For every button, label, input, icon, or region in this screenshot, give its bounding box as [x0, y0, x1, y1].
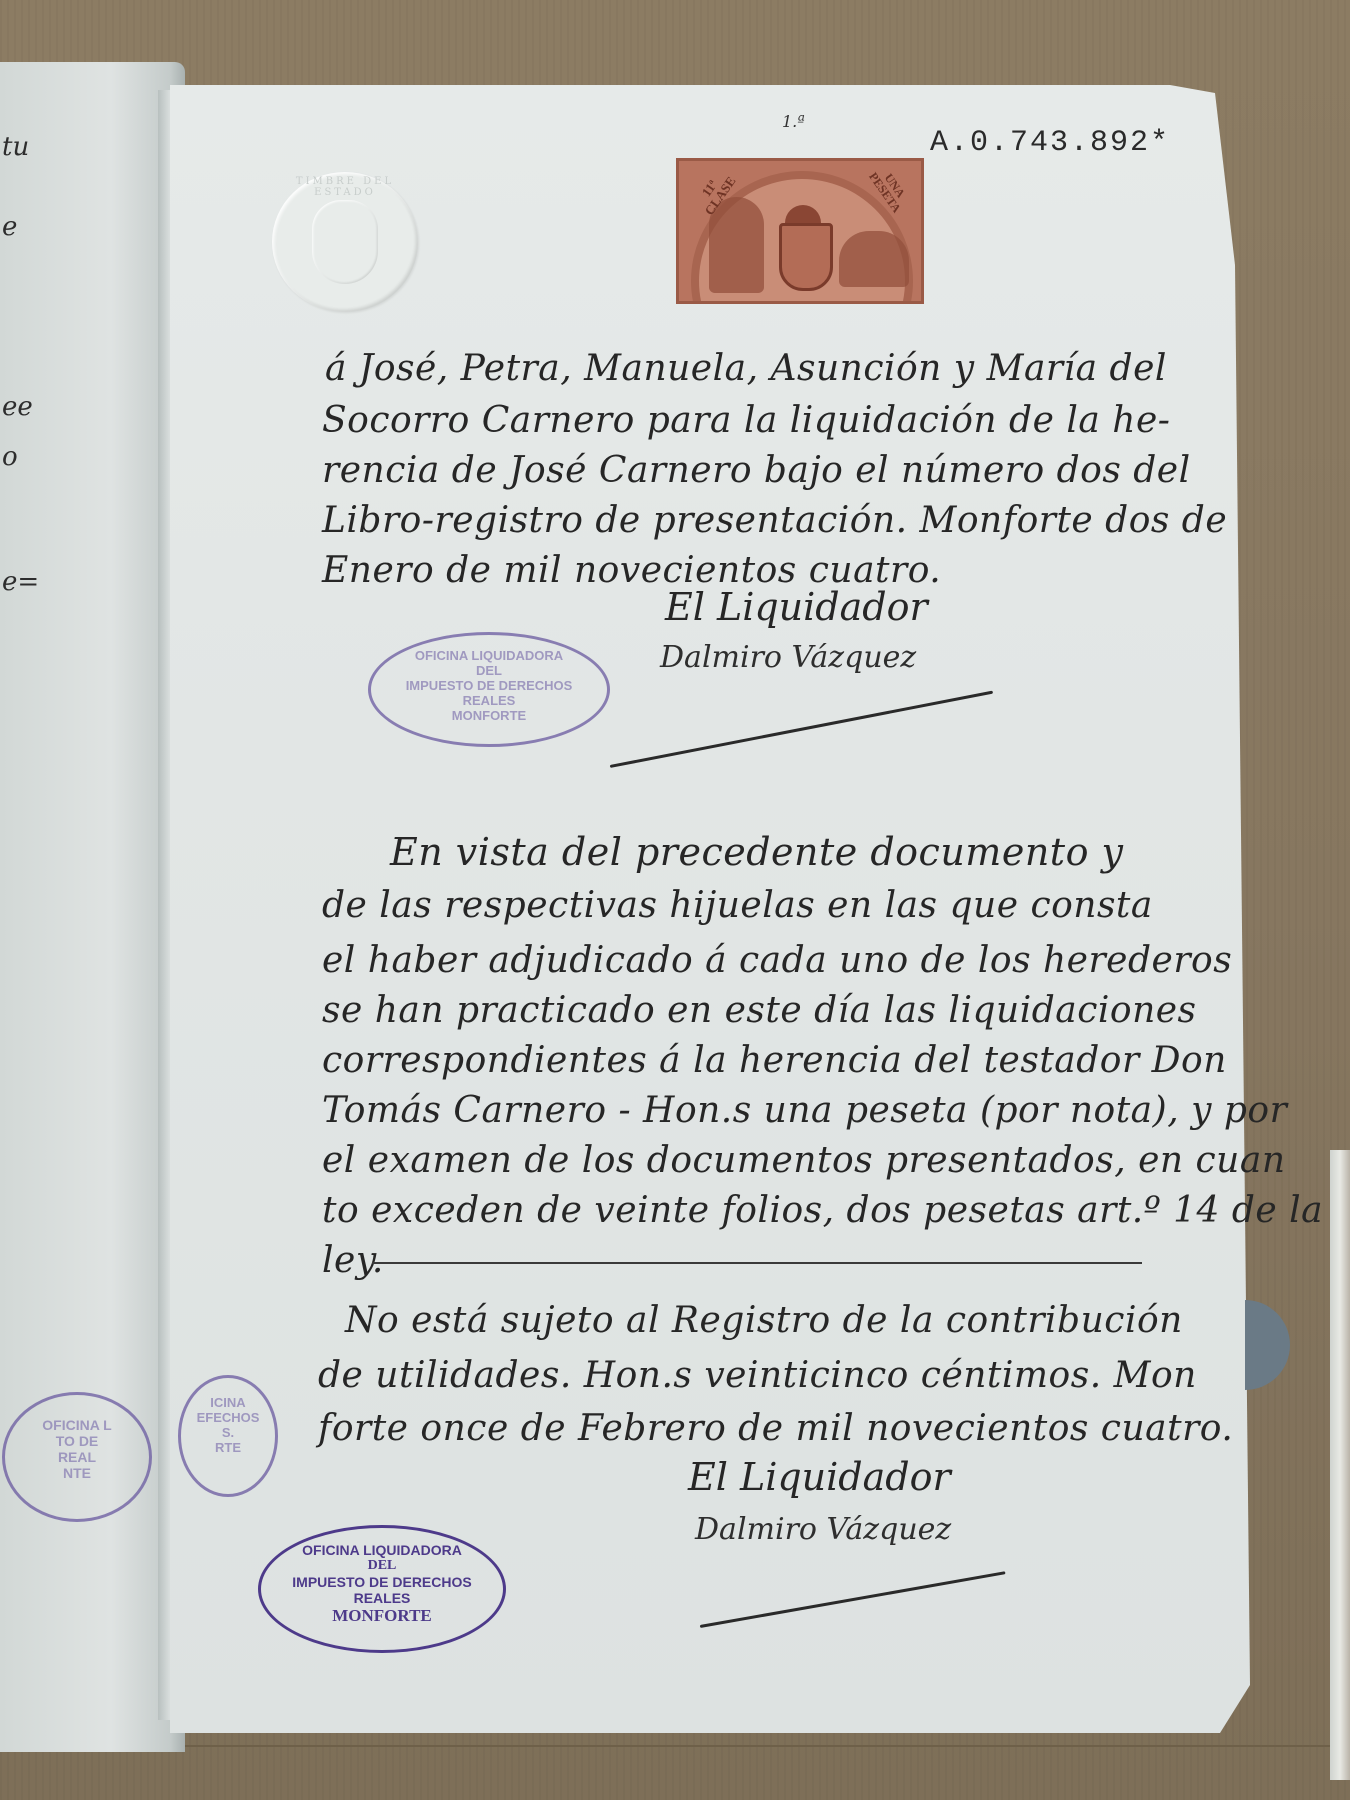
entry3-line: forte once de Febrero de mil novecientos… — [318, 1408, 1233, 1449]
adjacent-document-edge — [1330, 1150, 1350, 1780]
line-filler-rule — [372, 1262, 1142, 1264]
entry2-line: correspondientes á la herencia del testa… — [322, 1040, 1227, 1081]
left-page-fragment: e — [2, 212, 17, 242]
entry1-line: á José, Petra, Manuela, Asunción y María… — [325, 348, 1167, 389]
entry2-line: to exceden de veinte folios, dos pesetas… — [322, 1190, 1323, 1231]
entry3-office-stamp: OFICINA LIQUIDADORA DEL IMPUESTO DE DERE… — [258, 1525, 506, 1653]
entry3-line: de utilidades. Hon.s veinticinco céntimo… — [318, 1355, 1197, 1396]
liquidator-signature: Dalmiro Vázquez — [660, 640, 916, 675]
serial-number: A.0.743.892* — [930, 126, 1170, 160]
entry1-line: Socorro Carnero para la liquidación de l… — [322, 400, 1170, 441]
entry2-line: Tomás Carnero - Hon.s una peseta (por no… — [322, 1090, 1287, 1131]
embossed-seal: TIMBRE DEL ESTADO — [272, 172, 418, 312]
entry1-office-stamp: OFICINA LIQUIDADORA DEL IMPUESTO DE DERE… — [368, 632, 610, 747]
embossed-crest-icon — [312, 200, 378, 284]
entry2-line: En vista del precedente documento y — [390, 830, 1124, 874]
coat-of-arms-icon — [779, 223, 833, 291]
liquidator-title: El Liquidador — [688, 1455, 951, 1499]
tax-stamp: 11ª CLASE UNA PESETA — [676, 158, 924, 304]
lion-icon — [839, 231, 909, 287]
entry2-line: se han practicado en este día las liquid… — [322, 990, 1197, 1031]
entry1-line: Libro-registro de presentación. Monforte… — [322, 500, 1227, 541]
liquidator-title: El Liquidador — [665, 585, 928, 629]
folio-mark: 1.ª — [782, 112, 805, 131]
left-page-fragment: o — [2, 442, 18, 472]
cardboard-fold-line — [0, 1745, 1350, 1747]
left-page-fragment: ee — [2, 392, 33, 422]
entry2-line: ley. — [322, 1240, 384, 1281]
entry1-line: rencia de José Carnero bajo el número do… — [322, 450, 1191, 491]
entry2-line: el examen de los documentos presentados,… — [322, 1140, 1286, 1181]
left-page-fragment: tu — [2, 132, 29, 162]
entry3-line: No está sujeto al Registro de la contrib… — [345, 1300, 1183, 1341]
liquidator-signature: Dalmiro Vázquez — [695, 1512, 951, 1547]
entry2-line: el haber adjudicado á cada uno de los he… — [322, 940, 1232, 981]
left-page-stamp: OFICINA L TO DE REAL NTE — [2, 1392, 152, 1522]
left-page-fragment: e= — [2, 567, 39, 597]
spine-stamp-fragment: ICINA EFECHOS S. RTE — [178, 1375, 278, 1497]
entry2-line: de las respectivas hijuelas en las que c… — [322, 885, 1153, 926]
